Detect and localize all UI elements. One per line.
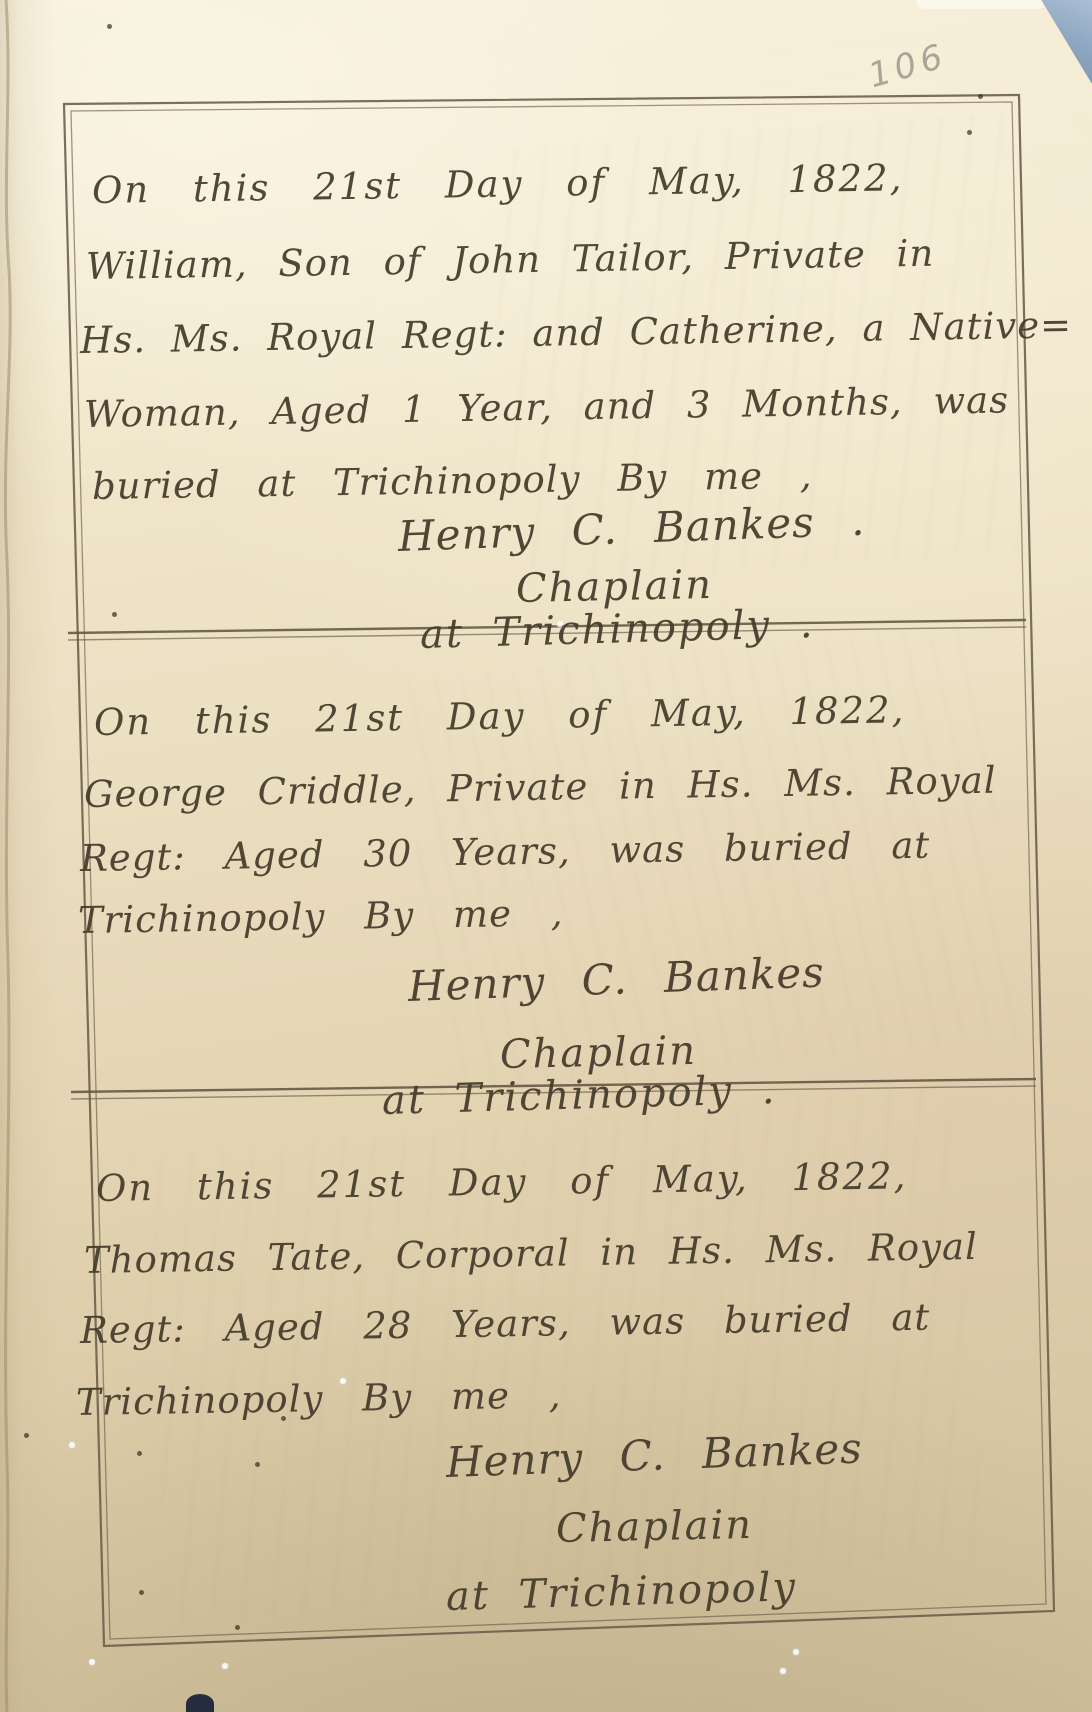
ink-speck (107, 24, 112, 29)
burial-entry-william-tailor: On this 21st Day of May, 1822, William, … (0, 0, 1092, 1712)
signature-name: Henry C. Bankes (445, 1423, 863, 1487)
ink-speck (281, 1416, 286, 1421)
signature-name: Henry C. Bankes (407, 947, 825, 1011)
entry-line: Trichinopoly By me , (76, 1373, 562, 1424)
entry-line: Woman, Aged 1 Year, and 3 Months, was (84, 378, 1010, 436)
dust-speck (793, 1649, 799, 1655)
backing-surface-corner (1038, 0, 1092, 84)
dust-speck (780, 1668, 786, 1674)
entry-line: On this 21st Day of May, 1822, (92, 156, 904, 212)
signature-name: Henry C. Bankes . (397, 496, 866, 561)
dust-speck (69, 1442, 75, 1448)
page-top-edge (916, 0, 1046, 9)
ink-bleedthrough (485, 112, 1034, 587)
ink-speck (255, 1462, 260, 1467)
scanned-burial-register-page: 106 On this 21st Day of May, 1822, Willi… (0, 0, 1092, 1712)
entry-line: On this 21st Day of May, 1822, (96, 1154, 908, 1210)
folio-number: 106 (864, 36, 952, 96)
entry-line: Trichinopoly By me , (78, 891, 564, 942)
ink-bleedthrough (400, 621, 1021, 1099)
ink-speck (24, 1433, 29, 1438)
dust-speck (340, 1378, 346, 1384)
ink-speck (235, 1625, 240, 1630)
entry-line: George Criddle, Private in Hs. Ms. Royal (84, 759, 997, 816)
signature-title: Chaplain (516, 562, 714, 612)
signature-title: Chaplain (556, 1502, 754, 1552)
ruled-frame (0, 0, 1092, 1712)
entry-line: Thomas Tate, Corporal in Hs. Ms. Royal (84, 1225, 979, 1282)
entry-line: On this 21st Day of May, 1822, (94, 688, 906, 744)
entry-line: Regt: Aged 28 Years, was buried at (80, 1296, 931, 1352)
signature-place: at Trichinopoly . (381, 1067, 777, 1124)
ink-speck (978, 94, 983, 99)
page-gutter-shadow (0, 0, 58, 1712)
ink-bleedthrough (131, 1085, 989, 1625)
entry-line: William, Son of John Tailor, Private in (86, 232, 935, 288)
signature-title: Chaplain (500, 1028, 698, 1078)
entry-line: Regt: Aged 30 Years, was buried at (80, 824, 931, 880)
ink-speck (139, 1590, 144, 1595)
ink-speck (967, 130, 972, 135)
entry-line: Hs. Ms. Royal Regt: and Catherine, a Nat… (80, 303, 1073, 362)
signature-place: at Trichinopoly (445, 1564, 797, 1620)
ink-speck (137, 1451, 142, 1456)
burial-entry-thomas-tate: On this 21st Day of May, 1822, Thomas Ta… (0, 0, 1092, 1712)
dust-speck (222, 1663, 228, 1669)
dust-speck (557, 621, 563, 627)
burial-entry-george-criddle: On this 21st Day of May, 1822, George Cr… (0, 0, 1092, 1712)
ink-speck (112, 612, 117, 617)
dust-speck (89, 1659, 95, 1665)
ink-blot (186, 1694, 214, 1712)
signature-place: at Trichinopoly . (419, 601, 815, 658)
entry-line: buried at Trichinopoly By me , (92, 454, 813, 508)
